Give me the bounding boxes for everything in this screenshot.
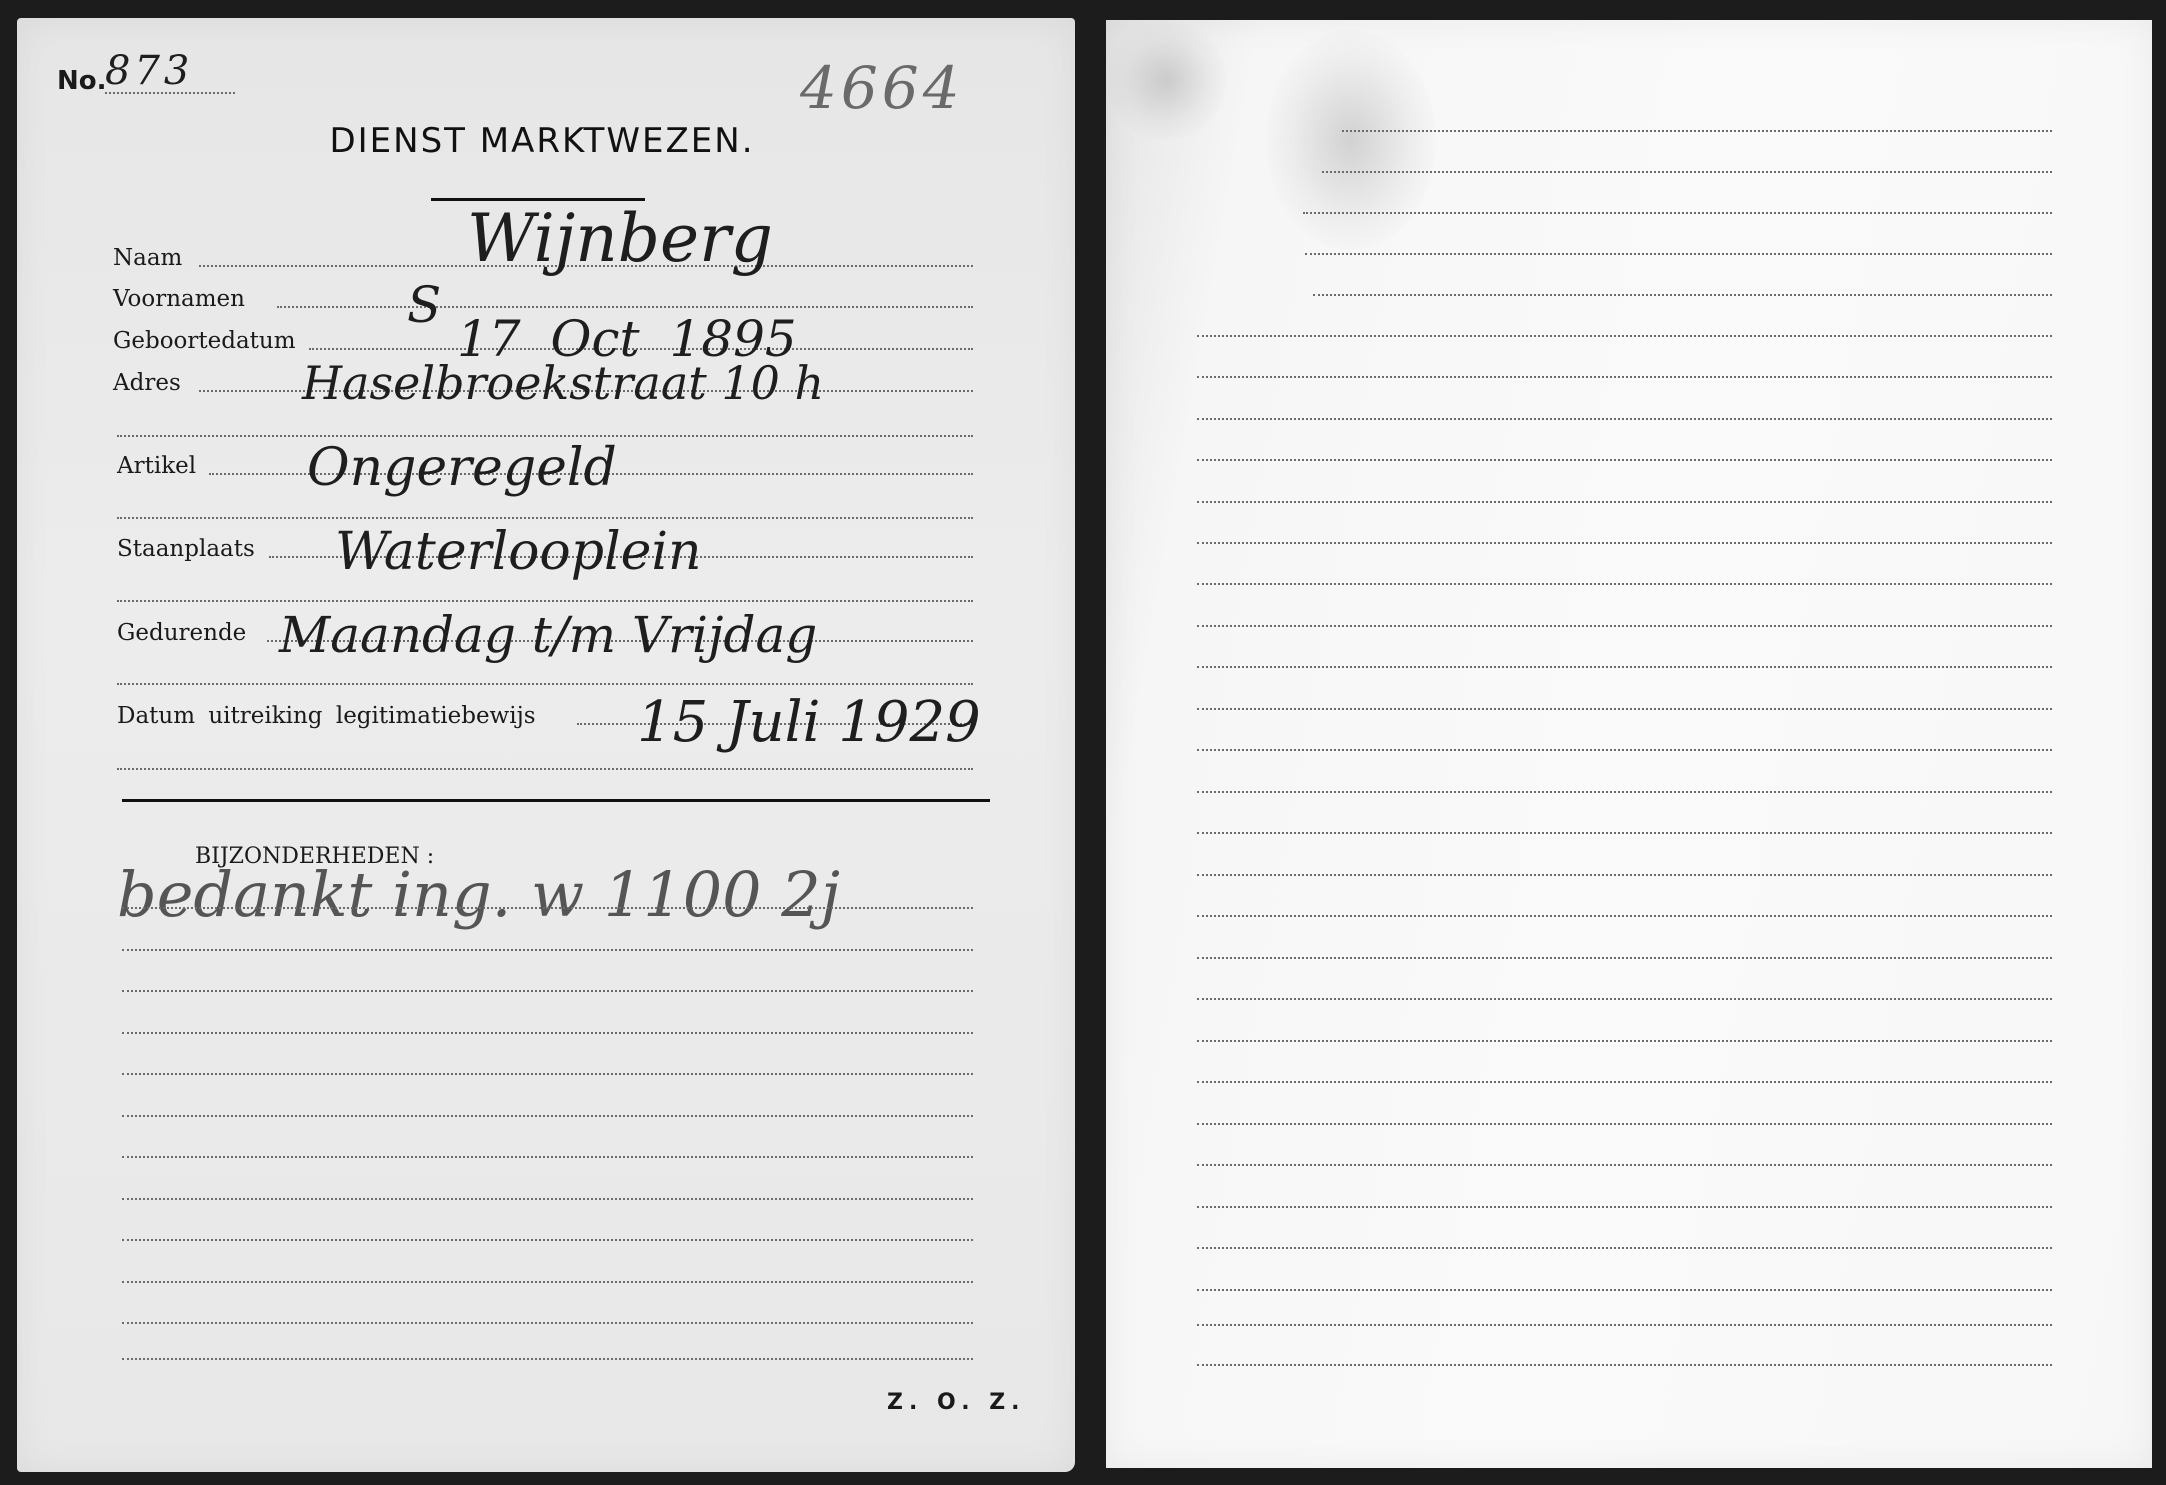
back-line: [1342, 130, 2052, 132]
registration-card-back: [1106, 20, 2152, 1468]
back-line: [1197, 542, 2052, 544]
back-line: [1197, 583, 2052, 585]
separator-line: [117, 517, 973, 519]
back-line: [1197, 666, 2052, 668]
back-line: [1197, 874, 2052, 876]
back-line: [1322, 171, 2052, 173]
remarks-handwritten: bedankt ing. w 1100 2j: [117, 858, 840, 931]
back-line: [1197, 501, 2052, 503]
back-line: [1197, 418, 2052, 420]
field-value-staanplaats: Waterlooplein: [335, 522, 702, 582]
field-label-gedurende: Gedurende: [117, 622, 246, 645]
registration-card-front: No. 873 4664 DIENST MARKTWEZEN. Naam Wij…: [17, 18, 1075, 1472]
stain: [1266, 30, 1436, 250]
footer-zoz: Z. O. Z.: [887, 1390, 1026, 1415]
card-number-handwritten: 873: [105, 48, 193, 94]
back-line: [1197, 708, 2052, 710]
remarks-line: [122, 1358, 973, 1360]
back-line: [1197, 832, 2052, 834]
back-line: [1197, 1081, 2052, 1083]
stain: [1106, 20, 1226, 140]
back-line: [1197, 998, 2052, 1000]
separator-line: [117, 768, 973, 770]
field-value-naam: Wijnberg: [467, 200, 773, 277]
back-line: [1197, 459, 2052, 461]
back-line: [1197, 1324, 2052, 1326]
back-line: [1197, 1164, 2052, 1166]
back-line: [1197, 1247, 2052, 1249]
back-line: [1197, 625, 2052, 627]
separator-line: [117, 600, 973, 602]
back-line: [1197, 1206, 2052, 1208]
back-line: [1197, 957, 2052, 959]
field-label-geboortedatum: Geboortedatum: [113, 330, 296, 353]
back-line: [1197, 749, 2052, 751]
field-line-voornamen: [277, 306, 973, 308]
field-value-artikel: Ongeregeld: [307, 438, 617, 498]
remarks-line: [122, 1198, 973, 1200]
field-value-datum-uitreiking: 15 Juli 1929: [637, 690, 981, 755]
back-line: [1305, 253, 2052, 255]
card-number-label: No.: [57, 66, 107, 96]
field-label-naam: Naam: [113, 247, 182, 270]
back-line: [1197, 1040, 2052, 1042]
back-line: [1313, 294, 2052, 296]
separator-line: [117, 683, 973, 685]
card-title: DIENST MARKTWEZEN.: [257, 121, 827, 161]
field-label-datum-uitreiking: Datum uitreiking legitimatiebewijs: [117, 705, 536, 728]
back-line: [1197, 1123, 2052, 1125]
remarks-line: [122, 1281, 973, 1283]
remarks-line: [122, 990, 973, 992]
remarks-line: [122, 1239, 973, 1241]
remarks-line: [122, 1073, 973, 1075]
field-label-staanplaats: Staanplaats: [117, 538, 255, 561]
back-line: [1197, 335, 2052, 337]
remarks-line: [122, 949, 973, 951]
back-line: [1197, 376, 2052, 378]
section-rule: [122, 799, 990, 802]
field-label-voornamen: Voornamen: [113, 288, 245, 311]
back-line: [1303, 212, 2052, 214]
archive-number-handwritten: 4664: [800, 54, 964, 122]
field-value-gedurende: Maandag t/m Vrijdag: [279, 606, 817, 664]
back-line: [1197, 1289, 2052, 1291]
back-line: [1197, 915, 2052, 917]
field-value-adres: Haselbroekstraat 10 h: [302, 356, 824, 410]
remarks-line: [122, 1322, 973, 1324]
field-value-voornamen: S: [407, 276, 441, 334]
remarks-line: [122, 1032, 973, 1034]
remarks-line: [122, 1156, 973, 1158]
back-line: [1197, 1364, 2052, 1366]
remarks-line: [122, 1115, 973, 1117]
back-line: [1197, 791, 2052, 793]
field-label-artikel: Artikel: [117, 455, 196, 478]
remarks-line: [122, 907, 973, 909]
field-label-adres: Adres: [113, 372, 181, 395]
separator-line: [117, 435, 973, 437]
